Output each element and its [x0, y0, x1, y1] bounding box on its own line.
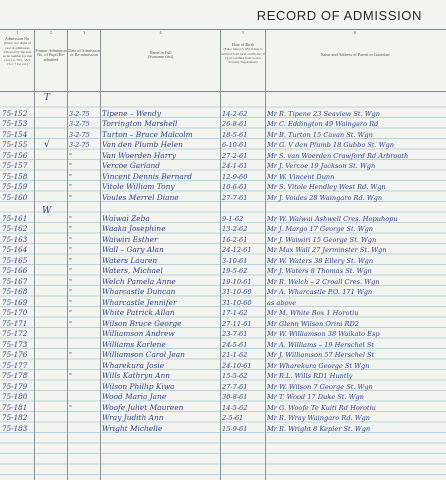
date-of-birth: 27-11-61 [222, 319, 265, 329]
date-of-birth: 15-5-62 [222, 371, 265, 381]
admission-date: " [69, 182, 100, 192]
column-header-date-of-admission: 3 Date of Admission or Re-admission [68, 31, 100, 91]
date-of-birth: 19-5-62 [222, 266, 265, 276]
date-of-birth: 15-9-61 [222, 424, 265, 434]
parent-guardian: as above [267, 298, 443, 308]
pupil-name: White Patrick Allan [102, 308, 220, 318]
pupil-name: Wharcastle Duncan [102, 287, 220, 297]
date-of-birth: 14-2-62 [222, 109, 265, 119]
pupil-name: Wharcastle Jennifer [102, 298, 220, 308]
table-row: 75-162"Waaka Josephine13-2-62Mr J. Margo… [0, 224, 446, 235]
admission-number: 75-182 [2, 413, 34, 423]
table-row: 75-160"Voules Merrel Diane27-7-61Mr J. V… [0, 193, 446, 204]
parent-guardian: Mr J. Waters 8 Thomas St. Wgn [267, 266, 443, 276]
parent-guardian: Mr W. Vincent Dunn [267, 172, 443, 182]
admission-number: 75-171 [2, 319, 34, 329]
admission-number: 75-161 [2, 214, 34, 224]
date-of-birth: 10-6-61 [222, 182, 265, 192]
parent-guardian: Mr G. V den Plumb 18 Gubbo St. Wgn [267, 140, 443, 150]
pupil-name: Wilson Bruce George [102, 319, 220, 329]
date-of-birth: 24-12-61 [222, 245, 265, 255]
admission-date: " [69, 403, 100, 413]
admission-date: " [69, 319, 100, 329]
table-row: 75-1553-2-75Van den Plumb Helen6-10-61Mr… [0, 140, 446, 151]
date-of-birth: 26-8-61 [222, 119, 265, 129]
pupil-name: Waiwai Zeba [102, 214, 220, 224]
parent-guardian: Mr J. Vercoe 19 Jackson St. Wgn [267, 161, 443, 171]
parent-guardian: Mr Wharekura George St Wgn [267, 361, 443, 371]
table-row [0, 203, 446, 214]
admission-date: " [69, 266, 100, 276]
admission-number: 75-183 [2, 424, 34, 434]
date-of-birth: 24-1-61 [222, 161, 265, 171]
table-row: 75-170"White Patrick Allan17-1-62Mr M. W… [0, 308, 446, 319]
table-row: 75-180Wood Maria Jane30-8-61Mr T. Wood 1… [0, 392, 446, 403]
column-header-parent-guardian: 6 Name and Address of Parent or Guardian [266, 31, 444, 91]
table-row: 75-1523-2-75Tipene – Wendy14-2-62Mr R. T… [0, 109, 446, 120]
table-row: 75-172Williamson Andrew23-7-61Mr W. Will… [0, 329, 446, 340]
parent-guardian: Mr J. Waiwiri 15 George St. Wgn [267, 235, 443, 245]
table-row: 75-179Wilson Phillip Kiwa27-7-61Mr W. Wi… [0, 382, 446, 393]
table-row: 75-163"Waiwiri Esther16-2-61Mr J. Waiwir… [0, 235, 446, 246]
pupil-name: Wharekura Josie [102, 361, 220, 371]
pupil-name: Waiwiri Esther [102, 235, 220, 245]
admission-number: 75-154 [2, 130, 34, 140]
pupil-name: Wills Kathryn Ann [102, 371, 220, 381]
date-of-birth: 27-2-61 [222, 151, 265, 161]
parent-guardian: Mr Max Wall 27 Jerminster St. Wgn [267, 245, 443, 255]
admission-date: " [69, 308, 100, 318]
pupil-name: Wray Judith Ann [102, 413, 220, 423]
admission-number: 75-164 [2, 245, 34, 255]
table-row: 75-1543-2-75Turton – Bruce Malcolm18-5-6… [0, 130, 446, 141]
parent-guardian: Mr W. Williamson 38 Waikato Esp [267, 329, 443, 339]
date-of-birth: 2-5-61 [222, 413, 265, 423]
admission-table-body: 75-1523-2-75Tipene – Wendy14-2-62Mr R. T… [0, 98, 446, 434]
pupil-name: Turton – Bruce Malcolm [102, 130, 220, 140]
admission-date: " [69, 172, 100, 182]
table-row: 75-158"Vincent Dennis Bernard12-9-60Mr W… [0, 172, 446, 183]
admission-number: 75-170 [2, 308, 34, 318]
admission-register-page: RECORD OF ADMISSION 1 Admission No. (Ins… [0, 0, 446, 480]
table-row: 75-161"Waiwai Zeba9-1-62Mr W. Waiwai Ash… [0, 214, 446, 225]
page-title: RECORD OF ADMISSION [257, 8, 422, 23]
pupil-name: Williamson Andrew [102, 329, 220, 339]
admission-date: " [69, 214, 100, 224]
pupil-name: Van den Plumb Helen [102, 140, 220, 150]
admission-number: 75-159 [2, 182, 34, 192]
admission-date: " [69, 151, 100, 161]
table-row: 75-165"Waters Lauren3-10-61Mr W. Waters … [0, 256, 446, 267]
column-header-name: 4 Name in Full (Surname first) [101, 31, 220, 91]
admission-number: 75-153 [2, 119, 34, 129]
parent-guardian: Mr W. Wilson 7 George St. Wgn [267, 382, 443, 392]
table-row: 75-168"Wharcastle Duncan31-10-60Mr A. Wh… [0, 287, 446, 298]
parent-guardian: Mr S. van Woerden Crawford Rd Arbroath [267, 151, 443, 161]
column-header-admission-no: 1 Admission No. (Insert two digits of ye… [1, 31, 34, 91]
parent-guardian: Mr A. Wharcastle P.O. 171 Wgn [267, 287, 443, 297]
admission-number: 75-178 [2, 371, 34, 381]
pupil-name: Waters Lauren [102, 256, 220, 266]
admission-date: 3-2-75 [69, 119, 100, 129]
parent-guardian: Mr R.L. Wills RD1 Huntly [267, 371, 443, 381]
parent-guardian: Mr T. Wood 17 Duke St. Wgn [267, 392, 443, 402]
pupil-name: Torrington Marshell [102, 119, 220, 129]
pupil-name: Woofe Juliet Maureen [102, 403, 220, 413]
admission-date: 3-2-75 [69, 130, 100, 140]
table-row: 75-169"Wharcastle Jennifer31-10-60as abo… [0, 298, 446, 309]
admission-number: 75-165 [2, 256, 34, 266]
parent-guardian: Mr R. Tipene 23 Seaview St. Wgn [267, 109, 443, 119]
admission-date: " [69, 371, 100, 381]
pupil-name: Wilson Phillip Kiwa [102, 382, 220, 392]
table-row: 75-167"Welch Pamela Anne19-10-61Mr R. We… [0, 277, 446, 288]
parent-guardian: Mr J. Williamson 57 Herschel St [267, 350, 443, 360]
date-of-birth: 17-1-62 [222, 308, 265, 318]
parent-guardian: Mr Glenn Wilson Orini RD2 [267, 319, 443, 329]
admission-number: 75-160 [2, 193, 34, 203]
admission-date: " [69, 298, 100, 308]
admission-number: 75-168 [2, 287, 34, 297]
parent-guardian: Mr M. White Box 1 Horotiu [267, 308, 443, 318]
table-row: 75-182Wray Judith Ann2-5-61Mr R. Wray Wa… [0, 413, 446, 424]
admission-number: 75-179 [2, 382, 34, 392]
admission-number: 75-172 [2, 329, 34, 339]
parent-guardian: Mr A. Williams – 19 Herschel St [267, 340, 443, 350]
parent-guardian: Mr R. Welch – 2 Croall Cres. Wgn [267, 277, 443, 287]
admission-number: 75-156 [2, 151, 34, 161]
admission-number: 75-155 [2, 140, 34, 150]
date-of-birth: 6-10-61 [222, 140, 265, 150]
date-of-birth: 19-10-61 [222, 277, 265, 287]
parent-guardian: Mr C. Eddington 49 Waingaro Rd [267, 119, 443, 129]
table-row: 75-178"Wills Kathryn Ann15-5-62Mr R.L. W… [0, 371, 446, 382]
date-of-birth: 24-5-61 [222, 340, 265, 350]
admission-number: 75-162 [2, 224, 34, 234]
column-header-date-of-birth: 5 Date of Birth (Enter letters V (B) if … [221, 31, 265, 91]
parent-guardian: Mr R. Wray Waingaro Rd. Wgn [267, 413, 443, 423]
admission-date: 3-2-75 [69, 140, 100, 150]
pupil-name: Williamson Carol Jean [102, 350, 220, 360]
admission-date: " [69, 256, 100, 266]
date-of-birth: 18-5-61 [222, 130, 265, 140]
pupil-name: Voules Merrel Diane [102, 193, 220, 203]
table-row: 75-181"Woofe Juliet Maureen14-5-62Mr G. … [0, 403, 446, 414]
pupil-name: Wood Maria Jane [102, 392, 220, 402]
date-of-birth: 24-10-61 [222, 361, 265, 371]
admission-number: 75-158 [2, 172, 34, 182]
date-of-birth: 13-2-62 [222, 224, 265, 234]
parent-guardian: Mr W. Waters 38 Ellery St. Wgn [267, 256, 443, 266]
date-of-birth: 14-5-62 [222, 403, 265, 413]
admission-number: 75-180 [2, 392, 34, 402]
table-row: 75-166"Waters, Michael19-5-62Mr J. Water… [0, 266, 446, 277]
pupil-name: Vitole William Tony [102, 182, 220, 192]
admission-number: 75-163 [2, 235, 34, 245]
pupil-name: Williams Karlene [102, 340, 220, 350]
table-row: 75-159"Vitole William Tony10-6-61Mr S. V… [0, 182, 446, 193]
table-row [0, 98, 446, 109]
pupil-name: Waaka Josephine [102, 224, 220, 234]
date-of-birth: 16-2-61 [222, 235, 265, 245]
table-row: 75-164"Wall – Gary Alan24-12-61Mr Max Wa… [0, 245, 446, 256]
admission-date: " [69, 224, 100, 234]
date-of-birth: 12-9-60 [222, 172, 265, 182]
pupil-name: Van Woerden Harry [102, 151, 220, 161]
admission-date: " [69, 235, 100, 245]
admission-number: 75-166 [2, 266, 34, 276]
admission-number: 75-176 [2, 350, 34, 360]
admission-number: 75-152 [2, 109, 34, 119]
admission-number: 75-169 [2, 298, 34, 308]
parent-guardian: Mr G. Woofe Te Kuiti Rd Horotiu [267, 403, 443, 413]
admission-date: 3-2-75 [69, 109, 100, 119]
admission-date: " [69, 161, 100, 171]
admission-date: " [69, 193, 100, 203]
admission-number: 75-167 [2, 277, 34, 287]
admission-date: " [69, 245, 100, 255]
table-row: 75-177Wharekura Josie24-10-61Mr Wharekur… [0, 361, 446, 372]
pupil-name: Waters, Michael [102, 266, 220, 276]
date-of-birth: 23-7-61 [222, 329, 265, 339]
date-of-birth: 9-1-62 [222, 214, 265, 224]
parent-guardian: Mr W. Waiwai Ashwell Cres. Hopuhopu [267, 214, 443, 224]
table-row: 75-157"Vercoe Garland24-1-61Mr J. Vercoe… [0, 161, 446, 172]
pupil-name: Vercoe Garland [102, 161, 220, 171]
date-of-birth: 21-1-62 [222, 350, 265, 360]
table-row: 75-173Williams Karlene24-5-61Mr A. Willi… [0, 340, 446, 351]
parent-guardian: Mr S. Vitole Hendley West Rd. Wgn [267, 182, 443, 192]
table-row: 75-171"Wilson Bruce George27-11-61Mr Gle… [0, 319, 446, 330]
admission-date: " [69, 350, 100, 360]
admission-date: " [69, 277, 100, 287]
parent-guardian: Mr R. Wright 8 Kepler St. Wgn [267, 424, 443, 434]
pupil-name: Wright Michelle [102, 424, 220, 434]
date-of-birth: 30-8-61 [222, 392, 265, 402]
date-of-birth: 31-10-60 [222, 287, 265, 297]
date-of-birth: 27-7-61 [222, 193, 265, 203]
admission-date: " [69, 287, 100, 297]
admission-number: 75-173 [2, 340, 34, 350]
pupil-name: Tipene – Wendy [102, 109, 220, 119]
parent-guardian: Mr J. Voules 28 Waingaro Rd. Wgn [267, 193, 443, 203]
pupil-name: Vincent Dennis Bernard [102, 172, 220, 182]
pupil-name: Wall – Gary Alan [102, 245, 220, 255]
date-of-birth: 3-10-61 [222, 256, 265, 266]
table-row: 75-156"Van Woerden Harry27-2-61Mr S. van… [0, 151, 446, 162]
date-of-birth: 31-10-60 [222, 298, 265, 308]
parent-guardian: Mr J. Margo 17 George St. Wgn [267, 224, 443, 234]
parent-guardian: Mr B. Turton 15 Cavan St. Wgn [267, 130, 443, 140]
pupil-name: Welch Pamela Anne [102, 277, 220, 287]
column-header-former-admission: 2 Former Admission No. of Pupil Re-admit… [35, 31, 67, 91]
admission-number: 75-181 [2, 403, 34, 413]
table-row: 75-1533-2-75Torrington Marshell26-8-61Mr… [0, 119, 446, 130]
date-of-birth: 27-7-61 [222, 382, 265, 392]
admission-number: 75-177 [2, 361, 34, 371]
admission-number: 75-157 [2, 161, 34, 171]
table-row: 75-176"Williamson Carol Jean21-1-62Mr J.… [0, 350, 446, 361]
table-row: 75-183Wright Michelle15-9-61Mr R. Wright… [0, 424, 446, 435]
